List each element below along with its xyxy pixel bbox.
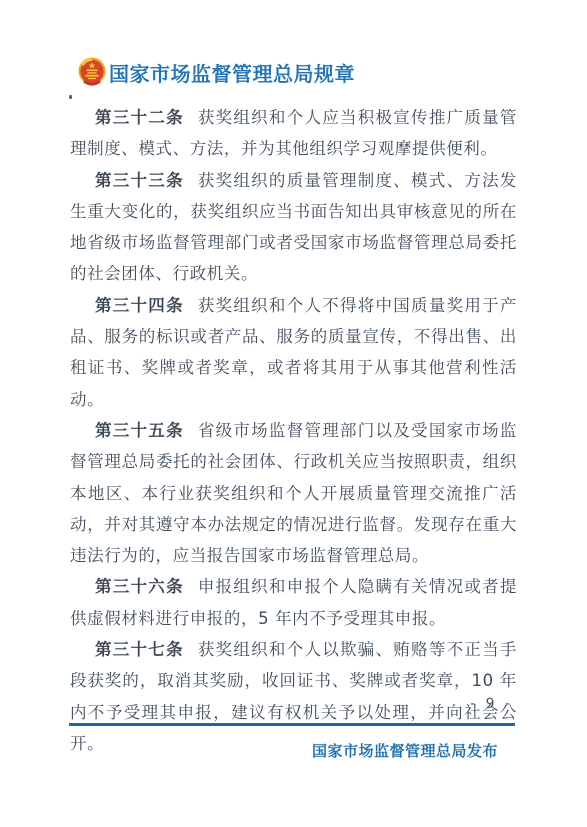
article-number: 第三十二条: [95, 108, 184, 127]
footer-publisher: 国家市场监督管理总局发布: [312, 740, 498, 761]
article-34: 第三十四条获奖组织和个人不得将中国质量奖用于产品、服务的标识或者产品、服务的质量…: [70, 290, 517, 415]
article-number: 第三十三条: [95, 171, 184, 190]
document-header: 国家市场监督管理总局规章: [78, 56, 355, 88]
article-number: 第三十四条: [95, 296, 184, 315]
article-36: 第三十六条申报组织和申报个人隐瞒有关情况或者提供虚假材料进行申报的，5 年内不予…: [70, 571, 517, 634]
article-32: 第三十二条获奖组织和个人应当积极宣传推广质量管理制度、模式、方法，并为其他组织学…: [70, 102, 517, 165]
article-number: 第三十七条: [95, 640, 184, 659]
article-number: 第三十六条: [95, 577, 184, 596]
ink-speck: [69, 95, 72, 99]
page-title: 国家市场监督管理总局规章: [109, 58, 355, 87]
document-body: 第三十二条获奖组织和个人应当积极宣传推广质量管理制度、模式、方法，并为其他组织学…: [70, 102, 517, 759]
footer-divider: [69, 723, 515, 726]
article-number: 第三十五条: [95, 421, 184, 440]
article-33: 第三十三条获奖组织的质量管理制度、模式、方法发生重大变化的，获奖组织应当书面告知…: [70, 165, 517, 290]
article-35: 第三十五条省级市场监督管理部门以及受国家市场监督管理总局委托的社会团体、行政机关…: [70, 415, 517, 571]
document-page: { "header": { "title": "国家市场监督管理总局规章", "…: [0, 0, 587, 827]
page-number: - 9 -: [470, 696, 513, 712]
article-text: 省级市场监督管理部门以及受国家市场监督管理总局委托的社会团体、行政机关应当按照职…: [70, 421, 517, 565]
china-national-emblem-icon: [78, 56, 106, 88]
